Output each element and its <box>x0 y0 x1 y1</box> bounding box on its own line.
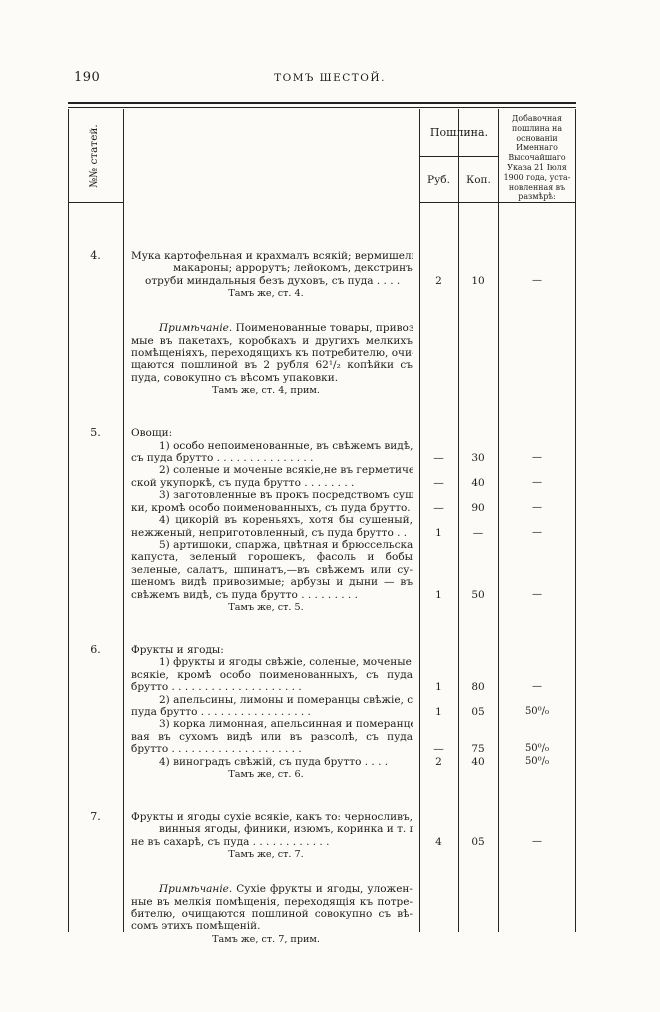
extra-duty-value-cell: 50⁰/₀ <box>498 756 576 781</box>
article-number: 4. <box>68 250 123 300</box>
duty-kop-value-cell <box>458 644 498 656</box>
tariff-text-line: съ пуда брутто . . . . . . . . . . . . .… <box>131 452 413 464</box>
duty-kop-value: 90 <box>471 502 484 514</box>
tariff-row: 1) фрукты и ягоды свѣжіе, соленые, мочен… <box>68 656 576 693</box>
duty-rub-value-cell: — <box>419 489 458 514</box>
reference-line: Тамъ же, ст. 4, прим. <box>131 384 413 397</box>
tariff-text-line: щаются пошлиной въ 2 рубля 62¹/₂ копѣйки… <box>131 359 413 371</box>
duty-rub-value-cell <box>419 427 458 439</box>
tariff-text-line: свѣжемъ видѣ, съ пуда брутто . . . . . .… <box>131 589 413 601</box>
duty-kop-value: 80 <box>471 681 484 693</box>
duty-rub-value: — <box>433 743 444 755</box>
article-number-cell <box>68 440 123 465</box>
tariff-row: 4.Мука картофельная и крахмалъ всякій; в… <box>68 250 576 300</box>
tariff-text-cell: 3) заготовленные въ прокъ посредствомъ с… <box>123 489 419 514</box>
extra-duty-value-cell <box>498 427 576 439</box>
extra-duty-value-cell: — <box>498 811 576 861</box>
tariff-row: 3) корка лимонная, апельсинная и померан… <box>68 718 576 755</box>
duty-kop-value: 30 <box>471 452 484 464</box>
tariff-text-line: мые въ пакетахъ, коробкахъ и другихъ мел… <box>131 335 413 347</box>
extra-duty-value: — <box>532 681 542 693</box>
duty-rub-value: 4 <box>435 836 442 848</box>
extra-column-header-line: Указа 21 Іюля <box>499 163 575 173</box>
tariff-text-cell: 2) соленые и моченые всякіе,не въ гермет… <box>123 464 419 489</box>
duty-rub-value-cell: — <box>419 440 458 465</box>
tariff-row: 3) заготовленные въ прокъ посредствомъ с… <box>68 489 576 514</box>
duty-kop-value-cell: 30 <box>458 440 498 465</box>
tariff-text-cell: 3) корка лимонная, апельсинная и померан… <box>123 718 419 755</box>
duty-kop-value-cell: 75 <box>458 718 498 755</box>
duty-rub-value-cell: 4 <box>419 811 458 861</box>
tariff-text-cell: Мука картофельная и крахмалъ всякій; вер… <box>123 250 419 300</box>
duty-rub-value-cell: 2 <box>419 756 458 781</box>
extra-duty-value-cell: — <box>498 440 576 465</box>
tariff-text-line: нежженый, неприготовленный, съ пуда брут… <box>131 527 413 539</box>
duty-kop-value: 05 <box>471 706 484 718</box>
top-double-rule-thick <box>68 102 576 104</box>
tariff-text-line: не въ сахарѣ, съ пуда . . . . . . . . . … <box>131 836 413 848</box>
duty-column-header: Пошлина. <box>419 126 499 139</box>
article-number-cell <box>68 464 123 489</box>
duty-rub-value: 1 <box>435 589 442 601</box>
article-number: 5. <box>68 427 123 439</box>
tariff-text-line: брутто . . . . . . . . . . . . . . . . .… <box>131 743 413 755</box>
duty-kop-value-cell: 90 <box>458 489 498 514</box>
tariff-text-cell: Фрукты и ягоды: <box>123 644 419 656</box>
extra-duty-value: — <box>532 836 542 848</box>
duty-kop-value-cell: 40 <box>458 756 498 781</box>
tariff-text-line: 2) апельсины, лимоны и померанцы свѣжіе,… <box>159 694 413 706</box>
tariff-row: 2) апельсины, лимоны и померанцы свѣжіе,… <box>68 694 576 719</box>
tariff-text-cell: 1) фрукты и ягоды свѣжіе, соленые, мочен… <box>123 656 419 693</box>
tariff-table: №№ статей. Пошлина. Руб. Коп. Добавочная… <box>68 102 576 934</box>
article-number: 7. <box>68 811 123 861</box>
tariff-text-line: Примѣчаніе. Поименованные товары, привоз… <box>159 322 413 334</box>
duty-kop-value-cell: 80 <box>458 656 498 693</box>
tariff-text-line: Овощи: <box>131 427 413 439</box>
tariff-text-cell: Примѣчаніе. Сухіе фрукты и ягоды, уложен… <box>123 883 419 946</box>
tariff-text-cell: 4) виноградъ свѣжій, съ пуда брутто . . … <box>123 756 419 781</box>
extra-duty-value: — <box>532 527 542 539</box>
tariff-row: 4) цикорій въ кореньяхъ, хотя бы сушеный… <box>68 514 576 539</box>
extra-column-header-line: пошлина на <box>499 124 575 134</box>
duty-kop-value-cell: 10 <box>458 250 498 300</box>
note-row: Примѣчаніе. Сухіе фрукты и ягоды, уложен… <box>68 883 576 946</box>
reference-line: Тамъ же, ст. 5. <box>131 601 413 614</box>
tariff-text-line: 3) корка лимонная, апельсинная и померан… <box>159 718 413 730</box>
duty-kop-value-cell: 05 <box>458 694 498 719</box>
article-number-cell <box>68 883 123 946</box>
duty-kop-value-cell <box>458 322 498 397</box>
note-lead-word: Примѣчаніе. <box>159 322 236 334</box>
rub-column-header: Руб. <box>419 174 458 186</box>
duty-rub-value-cell: — <box>419 718 458 755</box>
extra-column-header-line: размѣрѣ: <box>499 192 575 202</box>
extra-duty-column-header: Добавочнаяпошлина наоснованіиИменнагоВыс… <box>499 114 575 202</box>
articles-header-underline <box>68 202 124 203</box>
tariff-text-line: капуста, зеленый горошекъ, фасоль и бобы <box>131 551 413 563</box>
extra-duty-value-cell: — <box>498 489 576 514</box>
tariff-row: 4) виноградъ свѣжій, съ пуда брутто . . … <box>68 756 576 781</box>
tariff-text-line: пуда, совокупно съ вѣсомъ упаковки. <box>131 372 413 384</box>
tariff-text-line: 2) соленые и моченые всякіе,не въ гермет… <box>159 464 413 476</box>
tariff-text-line: винныя ягоды, финики, изюмъ, коринка и т… <box>159 823 413 835</box>
duty-kop-value-cell: 50 <box>458 539 498 614</box>
article-number-cell <box>68 322 123 397</box>
tariff-text-line: помѣщеніяхъ, переходящихъ къ потребителю… <box>131 347 413 359</box>
tariff-text-line: 4) виноградъ свѣжій, съ пуда брутто . . … <box>159 756 413 768</box>
extra-duty-value-cell: — <box>498 514 576 539</box>
extra-duty-value: — <box>532 477 542 489</box>
tariff-text-line: пуда брутто . . . . . . . . . . . . . . … <box>131 706 413 718</box>
duty-rub-value-cell: 1 <box>419 694 458 719</box>
tariff-text-line: отруби миндальныя безъ духовъ, съ пуда .… <box>145 275 413 287</box>
duty-kop-value-cell: 40 <box>458 464 498 489</box>
duty-kop-value: 50 <box>471 589 484 601</box>
duty-rub-value-cell: 1 <box>419 514 458 539</box>
tariff-row: 7.Фрукты и ягоды сухіе всякіе, какъ то: … <box>68 811 576 861</box>
extra-column-header-line: Именнаго <box>499 143 575 153</box>
extra-duty-value: 50⁰/₀ <box>525 706 549 718</box>
tariff-row: 5.Овощи: <box>68 427 576 439</box>
extra-duty-value: — <box>532 589 542 601</box>
note-lead-word: Примѣчаніе. <box>159 883 236 895</box>
tariff-text-line: ской укупоркѣ, съ пуда брутто . . . . . … <box>131 477 413 489</box>
extra-column-header-line: основаніи <box>499 134 575 144</box>
reference-line: Тамъ же, ст. 6. <box>131 768 413 781</box>
duty-rub-value: — <box>433 477 444 489</box>
duty-rub-value-cell: 1 <box>419 539 458 614</box>
tariff-text-line: Фрукты и ягоды: <box>131 644 413 656</box>
tariff-text-line: 5) артишоки, спаржа, цвѣтная и брюссельс… <box>159 539 413 551</box>
scanned-book-page: 190 ТОМЪ ШЕСТОЙ. №№ статей. Пошлина. Руб… <box>0 0 660 1012</box>
tariff-text-line: шеномъ видѣ привозимые; арбузы и дыни — … <box>131 576 413 588</box>
reference-line: Тамъ же, ст. 7. <box>131 848 413 861</box>
tariff-row: 1) особо непоименованные, въ свѣжемъ вид… <box>68 440 576 465</box>
article-number-cell <box>68 756 123 781</box>
table-body: 4.Мука картофельная и крахмалъ всякій; в… <box>68 220 576 946</box>
duty-rub-value-cell: 1 <box>419 656 458 693</box>
extra-column-header-line: 1900 года, уста- <box>499 173 575 183</box>
duty-rub-value-cell: — <box>419 464 458 489</box>
tariff-text-cell: 2) апельсины, лимоны и померанцы свѣжіе,… <box>123 694 419 719</box>
duty-kop-value-cell <box>458 883 498 946</box>
duty-header-underline <box>419 156 499 157</box>
extra-duty-value-cell: — <box>498 464 576 489</box>
tariff-text-line: Фрукты и ягоды сухіе всякіе, какъ то: че… <box>131 811 413 823</box>
tariff-text-line: ки, кромѣ особо поименованныхъ, съ пуда … <box>131 502 413 514</box>
tariff-text-line: Мука картофельная и крахмалъ всякій; вер… <box>131 250 413 262</box>
duty-kop-value: 05 <box>471 836 484 848</box>
tariff-text-cell: Фрукты и ягоды сухіе всякіе, какъ то: че… <box>123 811 419 861</box>
duty-rub-value: 2 <box>435 275 442 287</box>
tariff-text-line: 3) заготовленные въ прокъ посредствомъ с… <box>159 489 413 501</box>
extra-duty-value: 50⁰/₀ <box>525 756 549 768</box>
duty-kop-value: — <box>473 527 484 539</box>
tariff-text-cell: 5) артишоки, спаржа, цвѣтная и брюссельс… <box>123 539 419 614</box>
tariff-text-cell: 4) цикорій въ кореньяхъ, хотя бы сушеный… <box>123 514 419 539</box>
article-number-cell <box>68 489 123 514</box>
tariff-text-line: зеленые, салатъ, шпинатъ,—въ свѣжемъ или… <box>131 564 413 576</box>
article-number-cell <box>68 539 123 614</box>
tariff-text-line: 1) особо непоименованные, въ свѣжемъ вид… <box>159 440 413 452</box>
top-double-rule-thin <box>68 107 576 108</box>
extra-duty-value: — <box>532 502 542 514</box>
duty-kop-value: 40 <box>471 477 484 489</box>
duty-rub-value: 1 <box>435 706 442 718</box>
extra-column-header-line: Добавочная <box>499 114 575 124</box>
duty-kop-value: 10 <box>471 275 484 287</box>
duty-rub-value-cell <box>419 883 458 946</box>
article-number-cell <box>68 656 123 693</box>
duty-rub-value-cell <box>419 322 458 397</box>
duty-kop-value-cell: — <box>458 514 498 539</box>
article-number-cell <box>68 514 123 539</box>
extra-duty-value-cell <box>498 644 576 656</box>
extra-duty-value-cell: — <box>498 656 576 693</box>
tariff-text-cell: 1) особо непоименованные, въ свѣжемъ вид… <box>123 440 419 465</box>
tariff-text-line: 4) цикорій въ кореньяхъ, хотя бы сушеный… <box>159 514 413 526</box>
tariff-text-line: Примѣчаніе. Сухіе фрукты и ягоды, уложен… <box>159 883 413 895</box>
extra-duty-value-cell: 50⁰/₀ <box>498 694 576 719</box>
kop-column-header: Коп. <box>458 174 499 186</box>
extra-column-header-line: Высочайшаго <box>499 153 575 163</box>
tariff-text-cell: Овощи: <box>123 427 419 439</box>
tariff-text-line: 1) фрукты и ягоды свѣжіе, соленые, мочен… <box>159 656 413 668</box>
tariff-text-line: сомъ этихъ помѣщеній. <box>131 920 413 932</box>
duty-rub-value: 2 <box>435 756 442 768</box>
duty-rub-value: 1 <box>435 681 442 693</box>
duty-rub-value: — <box>433 452 444 464</box>
tariff-text-cell: Примѣчаніе. Поименованные товары, привоз… <box>123 322 419 397</box>
article-number-cell <box>68 694 123 719</box>
duty-kop-value-cell <box>458 427 498 439</box>
tariff-text-line: бителю, очищаются пошлиной совокупно съ … <box>131 908 413 920</box>
duty-kop-value: 40 <box>471 756 484 768</box>
extra-duty-value-cell: — <box>498 539 576 614</box>
article-number-cell <box>68 718 123 755</box>
extra-duty-value-cell <box>498 322 576 397</box>
tariff-text-line: всякіе, кромѣ особо поименованныхъ, съ п… <box>131 669 413 681</box>
duty-rub-value-cell: 2 <box>419 250 458 300</box>
note-row: Примѣчаніе. Поименованные товары, привоз… <box>68 322 576 397</box>
extra-duty-value: — <box>532 275 542 287</box>
tariff-text-line: ные въ мелкія помѣщенія, переходящія къ … <box>131 896 413 908</box>
duty-kop-value: 75 <box>471 743 484 755</box>
extra-duty-value-cell <box>498 883 576 946</box>
tariff-row: 5) артишоки, спаржа, цвѣтная и брюссельс… <box>68 539 576 614</box>
duty-rub-value: 1 <box>435 527 442 539</box>
article-number: 6. <box>68 644 123 656</box>
extra-duty-value: 50⁰/₀ <box>525 743 549 755</box>
tariff-row: 6.Фрукты и ягоды: <box>68 644 576 656</box>
duty-rub-value: — <box>433 502 444 514</box>
tariff-text-line: брутто . . . . . . . . . . . . . . . . .… <box>131 681 413 693</box>
reference-line: Тамъ же, ст. 4. <box>131 287 413 300</box>
running-title: ТОМЪ ШЕСТОЙ. <box>0 72 660 84</box>
tariff-text-line: макароны; аррорутъ; лейокомъ, декстринъ;… <box>173 262 413 274</box>
extra-duty-value: — <box>532 452 542 464</box>
duty-rub-value-cell <box>419 644 458 656</box>
articles-column-header: №№ статей. <box>88 111 102 201</box>
duty-kop-value-cell: 05 <box>458 811 498 861</box>
tariff-row: 2) соленые и моченые всякіе,не въ гермет… <box>68 464 576 489</box>
tariff-text-line: вая въ сухомъ видѣ или въ разсолѣ, съ пу… <box>131 731 413 743</box>
extra-duty-value-cell: 50⁰/₀ <box>498 718 576 755</box>
extra-duty-value-cell: — <box>498 250 576 300</box>
reference-line: Тамъ же, ст. 7, прим. <box>131 933 413 946</box>
extra-column-header-line: новленная въ <box>499 183 575 193</box>
